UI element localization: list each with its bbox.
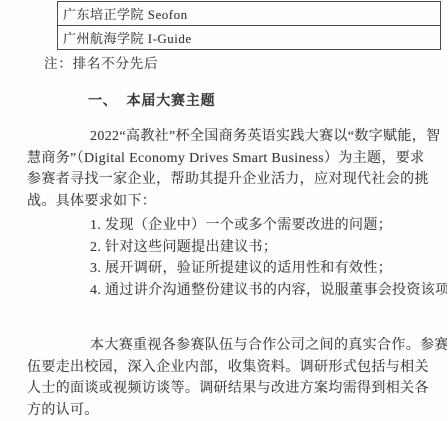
winners-table: 广东培正学院 Seofon 广州航海学院 I-Guide xyxy=(57,1,441,50)
section-heading: 一、本届大赛主题 xyxy=(88,94,215,110)
document-page: 广东培正学院 Seofon 广州航海学院 I-Guide 注：排名不分先后 一、… xyxy=(0,0,448,421)
section-title: 本届大赛主题 xyxy=(127,94,216,109)
list-item: 2. 针对这些问题提出建议书； xyxy=(27,237,447,259)
table-row: 广州航海学院 I-Guide xyxy=(58,26,441,50)
text-line: 慧商务”（Digital Economy Drives Smart Busine… xyxy=(27,148,447,170)
table-row: 广东培正学院 Seofon xyxy=(58,2,441,26)
closing-paragraph: 本大赛重视各参赛队伍与合作公司之间的真实合作。参赛队 伍要走出校园，深入企业内部… xyxy=(27,335,447,421)
list-item: 4. 通过讲介沟通整份建议书的内容，说服董事会投资该项目。 xyxy=(27,280,447,302)
intro-paragraph: 2022“高教社”杯全国商务英语实践大赛以“数字赋能，智 慧商务”（Digita… xyxy=(27,126,447,213)
table-cell-school-2: 广州航海学院 I-Guide xyxy=(58,26,441,50)
text-line: 方的认可。 xyxy=(27,400,447,421)
text-line: 战。具体要求如下： xyxy=(27,191,447,213)
ranking-note: 注：排名不分先后 xyxy=(44,56,158,72)
text-line: 2022“高教社”杯全国商务英语实践大赛以“数字赋能，智 xyxy=(27,126,447,148)
section-number: 一、 xyxy=(88,94,118,109)
list-item: 1. 发现（企业中）一个或多个需要改进的问题； xyxy=(27,215,447,237)
table-cell-school-1: 广东培正学院 Seofon xyxy=(58,2,441,26)
text-line: 人士的面谈或视频访谈等。调研结果与改进方案均需得到相关各 xyxy=(27,378,447,400)
text-line: 本大赛重视各参赛队伍与合作公司之间的真实合作。参赛队 xyxy=(27,335,447,357)
text-line: 参赛者寻找一家企业，帮助其提升企业活力，应对现代社会的挑 xyxy=(27,169,447,191)
list-item: 3. 展开调研，验证所提建议的适用性和有效性； xyxy=(27,258,447,280)
text-line: 伍要走出校园，深入企业内部，收集资料。调研形式包括与相关 xyxy=(27,357,447,379)
requirements-list: 1. 发现（企业中）一个或多个需要改进的问题； 2. 针对这些问题提出建议书； … xyxy=(27,215,447,302)
